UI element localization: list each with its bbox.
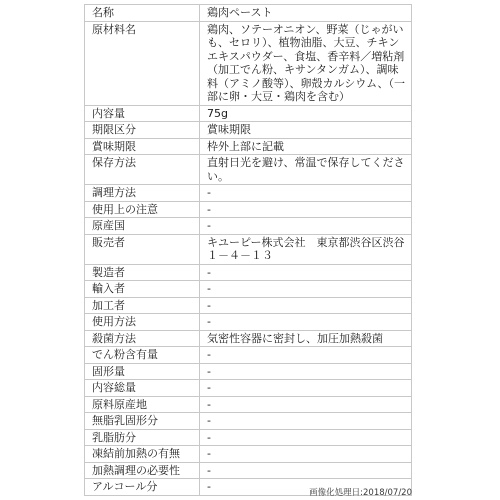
row-label: 加工者 — [85, 297, 200, 314]
table-row: 名称鶏肉ペースト — [85, 5, 412, 22]
product-label-image: 名称鶏肉ペースト原材料名鶏肉、ソテーオニオン、野菜（じゃがいも、セロリ）、植物油… — [0, 0, 500, 500]
row-label: 製造者 — [85, 264, 200, 281]
table-row: 内容総量- — [85, 380, 412, 397]
row-value: - — [200, 314, 412, 331]
row-label: 内容総量 — [85, 380, 200, 397]
row-label: 原材料名 — [85, 21, 200, 105]
row-value: 枠外上部に記載 — [200, 138, 412, 155]
table-row: 使用方法- — [85, 314, 412, 331]
row-value: - — [200, 429, 412, 446]
row-value: - — [200, 281, 412, 298]
row-value: 気密性容器に密封し、加圧加熱殺菌 — [200, 330, 412, 347]
row-value: 鶏肉ペースト — [200, 5, 412, 22]
row-label: 使用方法 — [85, 314, 200, 331]
table-row: 乳脂肪分- — [85, 429, 412, 446]
row-value: - — [200, 185, 412, 202]
row-label: 賞味期限 — [85, 138, 200, 155]
row-value: - — [200, 380, 412, 397]
table-row: 使用上の注意- — [85, 201, 412, 218]
table-row: 凍結前加熱の有無- — [85, 446, 412, 463]
row-value: - — [200, 201, 412, 218]
row-value: - — [200, 363, 412, 380]
row-label: 固形量 — [85, 363, 200, 380]
row-label: 期限区分 — [85, 122, 200, 139]
row-value: - — [200, 347, 412, 364]
row-value: キユーピー株式会社 東京都渋谷区渋谷１－４－１３ — [200, 234, 412, 264]
table-row: 販売者キユーピー株式会社 東京都渋谷区渋谷１－４－１３ — [85, 234, 412, 264]
row-value: - — [200, 297, 412, 314]
product-info-table-body: 名称鶏肉ペースト原材料名鶏肉、ソテーオニオン、野菜（じゃがいも、セロリ）、植物油… — [85, 5, 412, 496]
image-processing-date: 画像化処理日:2018/07/20 — [84, 488, 412, 498]
row-value: 75g — [200, 105, 412, 122]
table-row: 加工者- — [85, 297, 412, 314]
table-row: 期限区分賞味期限 — [85, 122, 412, 139]
row-label: 販売者 — [85, 234, 200, 264]
table-row: 無脂乳固形分- — [85, 413, 412, 430]
row-value: 直射日光を避け、常温で保存してください。 — [200, 155, 412, 185]
table-row: 原産国- — [85, 218, 412, 235]
table-row: でん粉含有量- — [85, 347, 412, 364]
product-info-table: 名称鶏肉ペースト原材料名鶏肉、ソテーオニオン、野菜（じゃがいも、セロリ）、植物油… — [84, 4, 412, 496]
table-row: 輸入者- — [85, 281, 412, 298]
table-row: 製造者- — [85, 264, 412, 281]
row-label: 乳脂肪分 — [85, 429, 200, 446]
row-label: 無脂乳固形分 — [85, 413, 200, 430]
table-row: 加熱調理の必要性- — [85, 462, 412, 479]
row-label: 輸入者 — [85, 281, 200, 298]
row-value: - — [200, 446, 412, 463]
row-value: - — [200, 264, 412, 281]
row-label: 使用上の注意 — [85, 201, 200, 218]
table-row: 原材料名鶏肉、ソテーオニオン、野菜（じゃがいも、セロリ）、植物油脂、大豆、チキン… — [85, 21, 412, 105]
row-value: - — [200, 413, 412, 430]
row-label: 内容量 — [85, 105, 200, 122]
row-value: 賞味期限 — [200, 122, 412, 139]
table-row: 保存方法直射日光を避け、常温で保存してください。 — [85, 155, 412, 185]
row-label: 原料原産地 — [85, 396, 200, 413]
row-label: 凍結前加熱の有無 — [85, 446, 200, 463]
row-label: 調理方法 — [85, 185, 200, 202]
row-value: 鶏肉、ソテーオニオン、野菜（じゃがいも、セロリ）、植物油脂、大豆、チキンエキスパ… — [200, 21, 412, 105]
row-label: 加熱調理の必要性 — [85, 462, 200, 479]
table-row: 原料原産地- — [85, 396, 412, 413]
row-value: - — [200, 396, 412, 413]
row-label: 原産国 — [85, 218, 200, 235]
row-value: - — [200, 218, 412, 235]
table-row: 調理方法- — [85, 185, 412, 202]
table-row: 賞味期限枠外上部に記載 — [85, 138, 412, 155]
row-label: でん粉含有量 — [85, 347, 200, 364]
row-label: 殺菌方法 — [85, 330, 200, 347]
row-value: - — [200, 462, 412, 479]
row-label: 名称 — [85, 5, 200, 22]
table-row: 殺菌方法気密性容器に密封し、加圧加熱殺菌 — [85, 330, 412, 347]
table-row: 固形量- — [85, 363, 412, 380]
row-label: 保存方法 — [85, 155, 200, 185]
table-row: 内容量75g — [85, 105, 412, 122]
